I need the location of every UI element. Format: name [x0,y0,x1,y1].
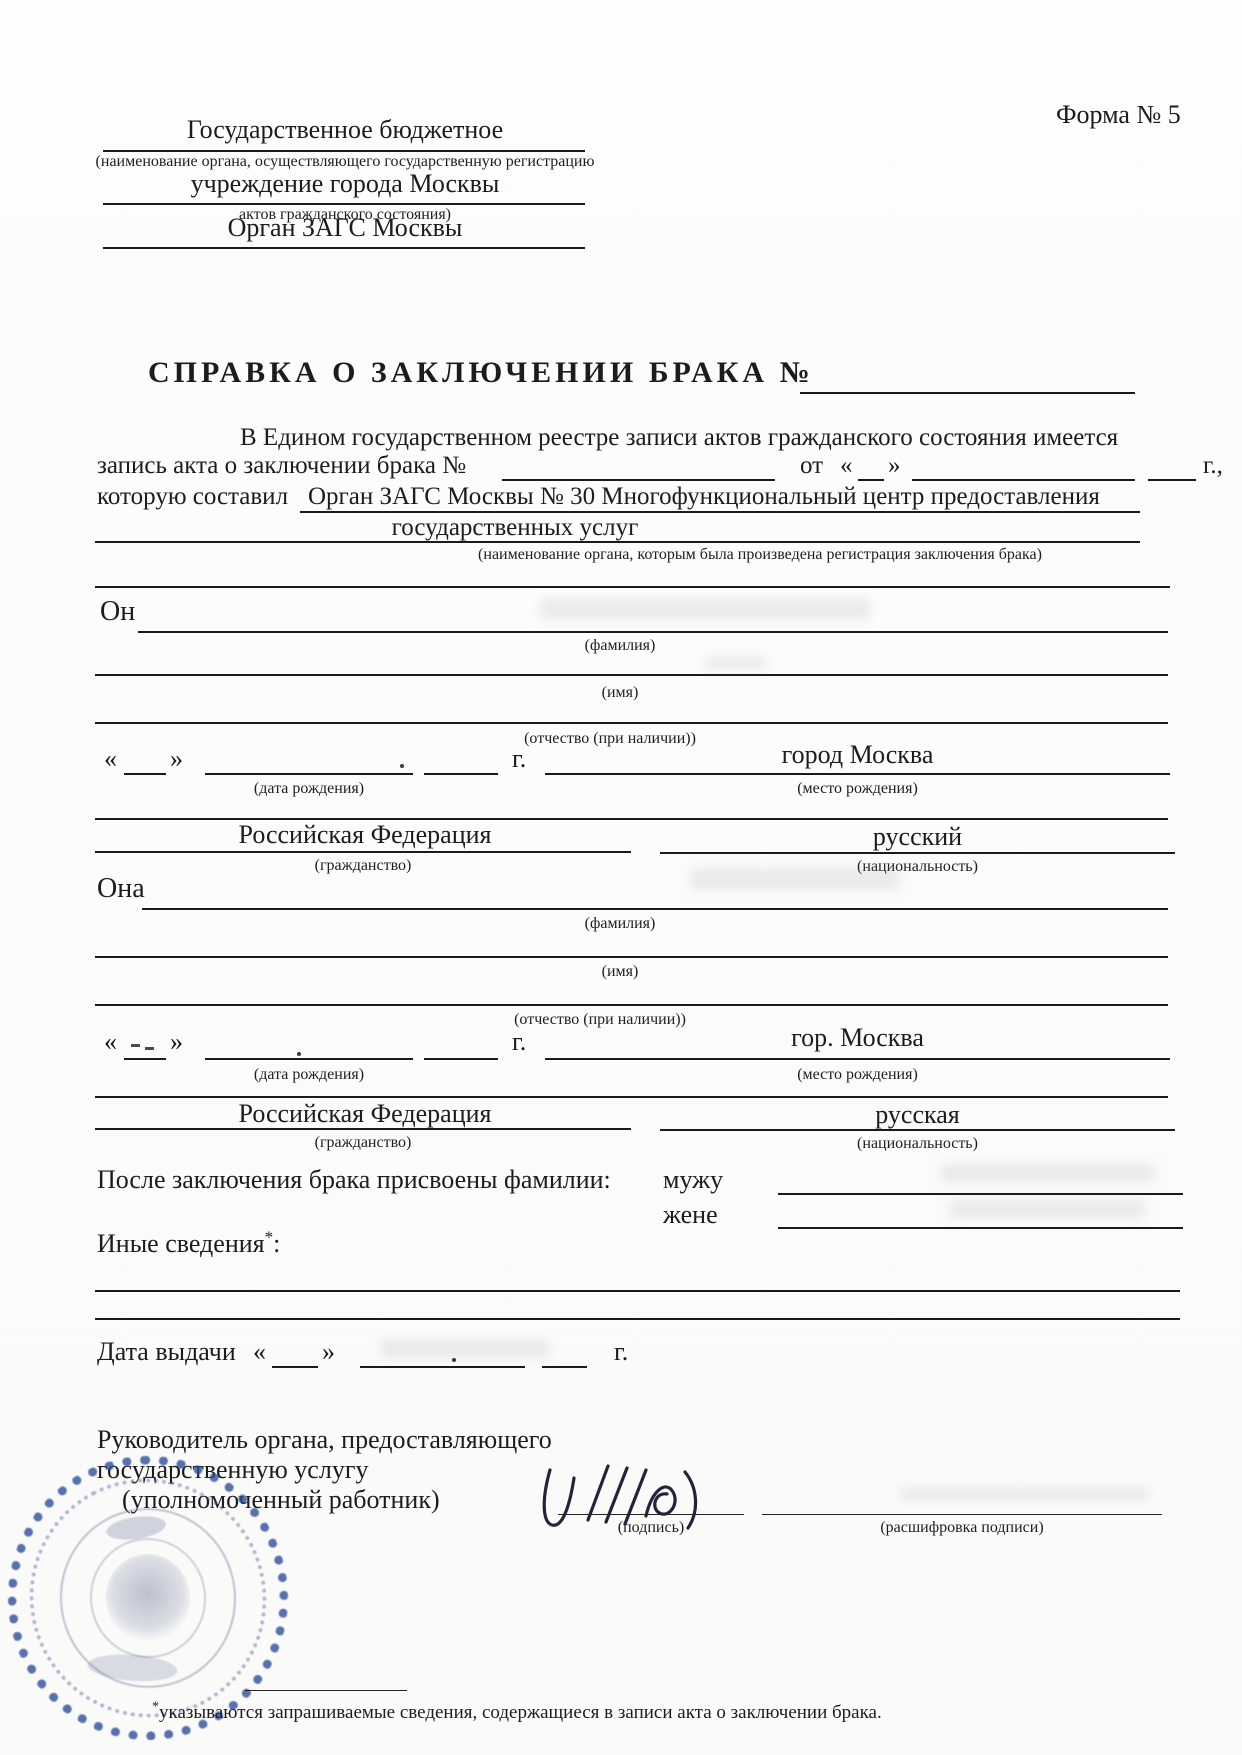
registrar-rule-2 [95,541,1140,543]
open-quote: « [840,452,853,480]
erased-smudge [380,1340,550,1358]
footnote-text: указываются запрашиваемые сведения, соде… [159,1702,882,1723]
groom-citizenship-value: Российская Федерация [95,821,635,850]
groom-birthdate-caption: (дата рождения) [205,780,413,798]
authority-rule-2 [103,203,585,205]
act-month-line [912,479,1135,481]
form-number-label: Форма № 5 [1056,100,1181,130]
bride-birth-day-mark-1 [131,1044,140,1047]
bride-birth-year-line [424,1058,498,1060]
bride-patronymic-line [95,1004,1168,1006]
groom-birth-month-line [205,773,413,775]
other-info-label: Иные сведения*: [97,1230,280,1259]
issue-open-quote: « [253,1338,266,1367]
transcript-line [762,1514,1162,1515]
bride-citizenship-value: Российская Федерация [95,1100,635,1129]
certificate-title: СПРАВКА О ЗАКЛЮЧЕНИИ БРАКА № [148,356,814,390]
ink-dot [297,1052,301,1056]
issue-date-label: Дата выдачи [97,1338,236,1367]
groom-nationality-value: русский [660,823,1175,852]
act-day-line [858,479,884,481]
groom-birth-day-line [124,773,166,775]
bride-birthplace-line [545,1058,1170,1060]
issue-month-line [360,1366,525,1368]
registrar-rule-1 [300,511,1140,513]
groom-birth-open-quote: « [104,745,117,774]
groom-citizenship-caption: (гражданство) [95,857,631,875]
transcript-caption: (расшифровка подписи) [762,1519,1162,1537]
act-year-suffix: г., [1203,452,1223,480]
handwritten-signature [528,1456,758,1556]
groom-givenname-line [95,674,1168,676]
erased-smudge [940,1164,1155,1182]
groom-surname-caption: (фамилия) [95,637,1145,655]
issue-year-line [542,1366,587,1368]
groom-birthplace-line [545,773,1170,775]
groom-label: Он [100,597,135,628]
registrar-caption: (наименование органа, которым была произ… [460,546,1060,564]
authority-line-2: учреждение города Москвы [105,170,585,199]
groom-birthplace-value: город Москва [545,741,1170,770]
groom-birthplace-caption: (место рождения) [545,780,1170,798]
bride-year-abbr: г. [512,1028,526,1057]
act-year-line [1148,479,1196,481]
certificate-page: Форма № 5 Государственное бюджетное (наи… [0,0,1242,1755]
ink-dot [452,1358,456,1362]
bride-birth-day-mark-2 [145,1047,154,1050]
footnote-separator-line [245,1690,407,1691]
other-info-colon: : [273,1229,280,1258]
groom-birth-close-quote: » [170,745,183,774]
certificate-number-line [800,392,1135,394]
erased-smudge [540,598,870,620]
groom-nationality-line [660,852,1175,854]
authority-rule-1 [103,150,585,152]
authority-line-1: Государственное бюджетное [105,116,585,145]
authority-line-3: Орган ЗАГС Москвы [105,214,585,243]
bride-nationality-caption: (национальность) [660,1135,1175,1153]
bride-surname-caption: (фамилия) [95,915,1145,933]
bride-birth-open-quote: « [104,1028,117,1057]
erased-smudge [705,656,765,670]
groom-patronymic-line [95,722,1168,724]
registrar-name-line-1: Орган ЗАГС Москвы № 30 Многофункциональн… [308,483,1100,511]
bride-citizenship-line [95,1128,631,1130]
bride-label: Она [97,874,145,905]
other-info-asterisk: * [265,1227,274,1246]
bride-givenname-caption: (имя) [95,963,1145,981]
erased-smudge [950,1200,1145,1218]
from-label: от [800,452,823,480]
bride-nationality-value: русская [660,1101,1175,1130]
authority-caption-1: (наименование органа, осуществляющего го… [85,153,605,171]
groom-birth-year-line [424,773,498,775]
erased-smudge [900,1488,1150,1500]
ink-dot [400,764,404,768]
bride-nationality-line [660,1129,1175,1131]
bride-surname-line [142,908,1168,910]
intro-line-1: В Едином государственном реестре записи … [240,424,1118,452]
bride-birth-close-quote: » [170,1028,183,1057]
authority-rule-3 [103,247,585,249]
issue-year-abbr: г. [614,1338,628,1367]
bride-citizenship-top-rule [95,1096,1168,1098]
issue-day-line [272,1366,318,1368]
husband-surname-line [778,1193,1183,1195]
bride-citizenship-caption: (гражданство) [95,1134,631,1152]
registrar-name-line-2: государственных услуг [300,514,730,542]
close-quote: » [888,452,901,480]
footnote-asterisk: * [152,1700,159,1715]
bride-birthplace-caption: (место рождения) [545,1066,1170,1084]
signatory-line-1: Руководитель органа, предоставляющего [97,1426,552,1455]
composed-by-prefix: которую составил [97,483,288,511]
issue-close-quote: » [322,1338,335,1367]
erased-smudge [690,868,900,890]
other-info-line-2 [95,1318,1180,1320]
bride-birthdate-caption: (дата рождения) [205,1066,413,1084]
wife-label: жене [663,1201,718,1230]
bride-birth-month-line [205,1058,413,1060]
bride-birthplace-value: гор. Москва [545,1024,1170,1053]
other-info-line-1 [95,1290,1180,1292]
groom-citizenship-line [95,851,631,853]
groom-year-abbr: г. [512,745,526,774]
act-record-prefix: запись акта о заключении брака № [97,452,466,480]
after-marriage-label: После заключения брака присвоены фамилии… [97,1166,611,1195]
act-record-number-line [502,479,775,481]
bride-birth-day-line [124,1058,166,1060]
other-info-text: Иные сведения [97,1229,265,1258]
footnote: *указываются запрашиваемые сведения, сод… [152,1702,882,1724]
wife-surname-line [778,1227,1183,1229]
groom-surname-line [138,631,1168,633]
bride-givenname-line [95,956,1168,958]
husband-label: мужу [663,1166,723,1195]
blank-ruling-line [95,586,1170,588]
groom-givenname-caption: (имя) [95,684,1145,702]
